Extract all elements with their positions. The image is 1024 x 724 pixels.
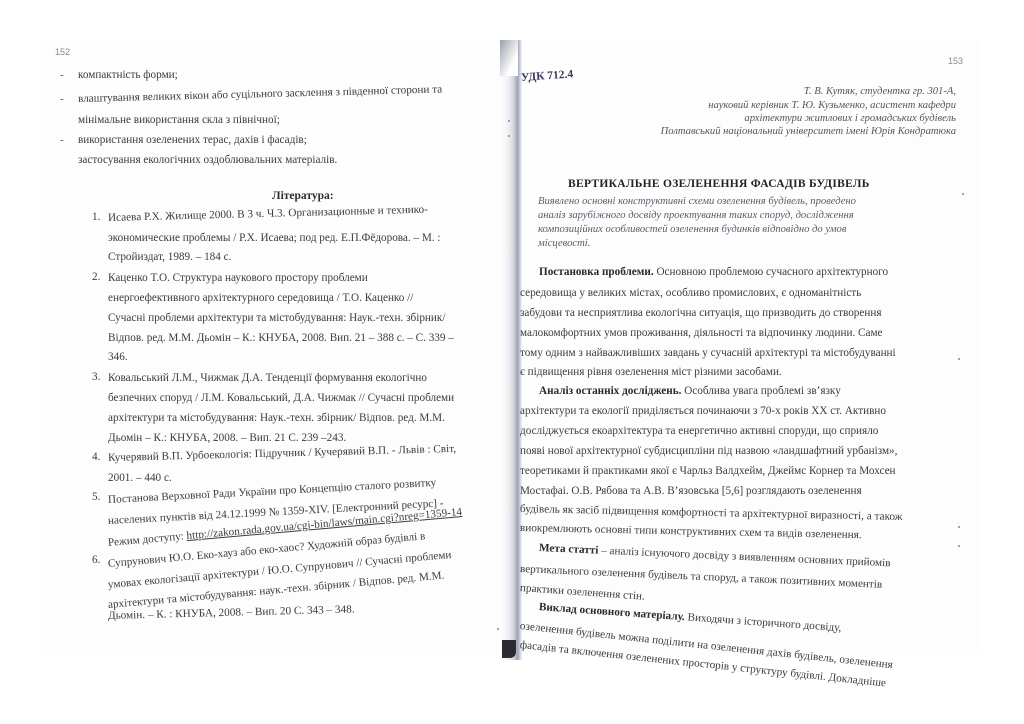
author-line: науковий керівник Т. Ю. Кузьменко, асист… xyxy=(708,100,956,111)
reference-line: безпечних споруд / Л.М. Ковальський, Д.А… xyxy=(108,391,454,405)
paragraph-line: досліджується екоархітектура та енергети… xyxy=(520,425,878,437)
book-gutter xyxy=(500,40,522,660)
bullet-marker: - xyxy=(60,134,64,146)
section-heading: Мета статті xyxy=(539,542,599,557)
reference-line: 346. xyxy=(108,350,128,364)
paragraph-line: Мостафаі. О.В. Рябова та А.В. В’язовська… xyxy=(520,485,862,497)
author-line: Полтавський національний університет іме… xyxy=(661,126,956,137)
bullet-marker: - xyxy=(60,69,64,81)
paragraph-line: архітектури та екології приділяється поч… xyxy=(520,405,886,417)
section-heading: Аналіз останніх досліджень. xyxy=(539,385,681,397)
section-first-line: Аналіз останніх досліджень. Особлива ува… xyxy=(539,385,841,397)
gutter-top-shadow xyxy=(500,40,518,76)
reference-line: 2001. – 440 с. xyxy=(108,471,172,485)
page-number-left: 152 xyxy=(55,47,70,57)
scan-speck xyxy=(958,526,960,528)
paragraph-line: є підвищення рівня озеленення міст різни… xyxy=(520,366,782,378)
bullet-text: компактність форми; xyxy=(78,68,178,82)
section-first-line: Постановка проблеми. Основною проблемою … xyxy=(539,266,888,278)
paragraph-line: теоретиками й практиками якої є Чарльз В… xyxy=(520,465,896,477)
scan-speck xyxy=(508,120,510,122)
reference-line: енергоефективного архітектурного середов… xyxy=(108,291,413,305)
reference-number: 2. xyxy=(92,271,100,283)
bullet-text: мінімальне використання скла з північної… xyxy=(78,113,280,127)
page-number-right: 153 xyxy=(948,56,963,66)
reference-number: 5. xyxy=(92,491,100,503)
paragraph-line: появі нової архітектурної субдисципліни … xyxy=(520,445,897,457)
reference-number: 3. xyxy=(92,371,100,383)
reference-number: 4. xyxy=(92,451,100,463)
abstract-line: композиційних особливостей озеленення бу… xyxy=(538,224,846,235)
author-line: архітектури житлових і громадських будів… xyxy=(744,113,956,124)
article-title: ВЕРТИКАЛЬНЕ ОЗЕЛЕНЕННЯ ФАСАДІВ БУДІВЕЛЬ xyxy=(568,178,870,190)
paragraph-line: середовища у великих містах, особливо пр… xyxy=(520,287,861,299)
references-heading: Література: xyxy=(272,190,334,202)
paragraph-line: малокомфортних умов проживання, діяльнос… xyxy=(520,327,883,339)
bullet-marker: - xyxy=(60,93,64,105)
scan-speck xyxy=(497,628,499,630)
book-spread: 152 - компактність форми; - влаштування … xyxy=(0,0,1024,724)
reference-line: Каценко Т.О. Структура наукового простор… xyxy=(108,271,368,285)
reference-line: Стройиздат, 1989. – 184 с. xyxy=(108,250,231,264)
reference-line: Дьомін – К.: КНУБА, 2008. – Вип. 21 С. 2… xyxy=(108,431,346,445)
reference-line: Відпов. ред. М.М. Дьомін – К.: КНУБА, 20… xyxy=(108,331,454,345)
abstract-line: Виявлено основні конструктивні схеми озе… xyxy=(538,196,856,207)
reference-number: 1. xyxy=(92,211,100,223)
paragraph-line: тому одним з найважливіших завдань у суч… xyxy=(520,347,896,359)
section-heading: Постановка проблеми. xyxy=(539,266,654,278)
reference-line: Сучасні проблеми архітектури та містобуд… xyxy=(108,311,445,325)
abstract-line: місцевості. xyxy=(538,238,590,249)
gutter-bottom-shadow xyxy=(502,640,516,658)
reference-line: архітектури та містобудування: Наук.-тех… xyxy=(108,411,445,425)
scan-speck xyxy=(958,545,960,547)
paragraph-line: забудови та несприятлива екологічна ситу… xyxy=(520,307,882,319)
reference-line: Ковальський Л.М., Чижмак Д.А. Тенденції … xyxy=(108,371,427,385)
scan-speck xyxy=(958,358,960,360)
bullet-text: використання озеленених терас, дахів і ф… xyxy=(78,133,307,147)
reference-number: 6. xyxy=(92,554,100,566)
scan-speck xyxy=(962,193,964,195)
scan-speck xyxy=(508,135,510,137)
bullet-text: застосування екологічних оздоблювальних … xyxy=(78,153,337,167)
reference-line: экономические проблемы / Р.Х. Исаева; по… xyxy=(108,231,441,245)
abstract-line: аналіз зарубіжного досвіду проектування … xyxy=(538,210,854,221)
author-line: Т. В. Кутяк, студентка гр. 301-А, xyxy=(804,86,956,97)
